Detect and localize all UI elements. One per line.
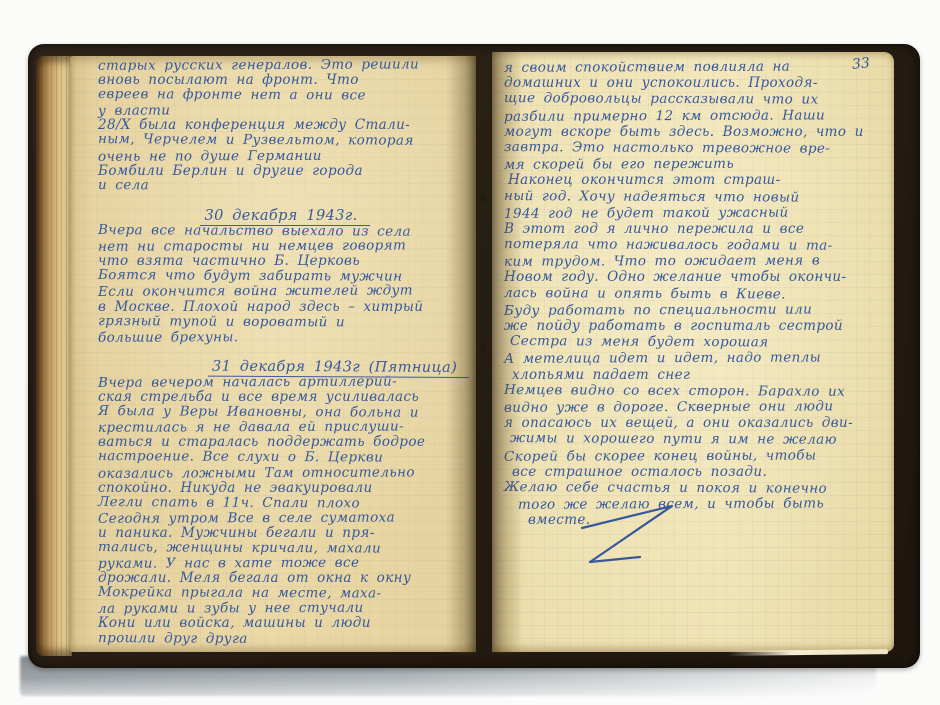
handwriting-line: ным, Черчелем и Рузвельтом, которая (98, 132, 472, 149)
binding-stitch (481, 194, 485, 202)
handwriting-line: руками. У нас в хате тоже все (98, 555, 472, 572)
handwriting-line: грязный тупой и вороватый и (98, 314, 472, 331)
handwriting-line: же пойду работать в госпиталь сестрой (504, 318, 886, 334)
handwriting-line: Новом году. Одно желание чтобы окончи- (504, 269, 886, 285)
handwriting-line: Немцев видно со всех сторон. Барахло их (504, 382, 886, 400)
right-page-text: я своим спокойствием повлияла надомашних… (504, 59, 886, 528)
handwriting-line: настроение. Все слухи о Б. Церкви (98, 449, 472, 466)
handwriting-line: большие брехуны. (98, 329, 472, 346)
handwriting-line: завтра. Это настолько тревожное вре- (504, 139, 886, 157)
handwriting-line: Наконец окончится этот страш- (504, 172, 886, 188)
handwriting-line: лась война и опять быть в Киеве. (504, 285, 886, 303)
handwriting-line: мя скорей бы его пережить (504, 155, 886, 173)
handwriting-line: очень не по душе Германии (98, 148, 472, 165)
gutter-shadow (446, 54, 476, 654)
handwriting-line: могут вскоре быть здесь. Возможно, что и (504, 124, 886, 140)
left-page-text: старых русских генералов. Это решиливнов… (98, 58, 472, 647)
binding-stitch (481, 494, 485, 502)
handwriting-line: нет ни старосты ни немцев говорят (98, 238, 472, 255)
handwriting-line: ким трудом. Что то ожидает меня в (504, 252, 886, 270)
handwriting-line: крестилась я не давала ей прислуши- (98, 419, 472, 436)
handwriting-line: Бомбили Берлин и другие города (98, 164, 472, 179)
page-edge-sliver (728, 649, 888, 656)
end-flourish-mark (576, 500, 716, 572)
binding-stitch (481, 604, 485, 612)
handwriting-line: Вчера вечером началась артиллерий- (98, 374, 472, 391)
handwriting-line: Скорей бы скорее конец войны, чтобы (504, 447, 886, 465)
handwriting-line: старых русских генералов. Это решили (98, 57, 472, 74)
handwriting-line: видно уже в дороге. Скверные они люди (504, 398, 886, 416)
handwriting-line (98, 193, 472, 210)
handwriting-line: щие добровольцы рассказывали что их (504, 90, 886, 108)
handwriting-line: Если окончится война жителей ждут (98, 284, 472, 301)
binding-stitch (481, 344, 485, 352)
handwriting-line: прошли друг друга (98, 631, 472, 648)
handwriting-line: я опасаюсь их вещей, а они оказались дви… (504, 415, 886, 431)
handwriting-line: и села (98, 178, 472, 195)
page-stack-edge (36, 56, 72, 656)
handwriting-line: А метелица идет и идет, надо теплы (504, 350, 886, 368)
handwriting-line: все страшное осталось позади. (504, 464, 886, 480)
diary-scan: старых русских генералов. Это решиливнов… (0, 0, 940, 705)
handwriting-line: разбили примерно 12 км отсюда. Наши (504, 107, 886, 125)
handwriting-line: жимы и хорошего пути я им не желаю (504, 430, 886, 448)
handwriting-line: Кони или войска, машины и люди (98, 616, 472, 631)
handwriting-line: ный год. Хочу надеяться что новый (504, 188, 886, 206)
gutter-shadow (492, 52, 522, 654)
handwriting-line: В этот год я лично пережила и все (504, 221, 886, 237)
handwriting-line: домашних и они успокоились. Проходя- (504, 75, 886, 91)
handwriting-line: Сегодня утром Все в селе суматоха (98, 510, 472, 527)
right-page: 33 я своим спокойствием повлияла надомаш… (492, 52, 894, 652)
handwriting-line: оказались ложными Там относительно (98, 465, 472, 482)
handwriting-line: Буду работать по специальности или (504, 301, 886, 319)
handwriting-line: ла руками и зубы у нее стучали (98, 601, 472, 618)
left-page: старых русских генералов. Это решиливнов… (70, 56, 476, 652)
book-cover: старых русских генералов. Это решиливнов… (28, 44, 920, 668)
handwriting-line: хлопьями падает снег (504, 367, 886, 383)
handwriting-line (98, 345, 472, 360)
handwriting-line: Желаю себе счастья и покоя и конечно (504, 479, 886, 497)
handwriting-line: у власти (98, 102, 472, 119)
handwriting-line: я своим спокойствием повлияла на (504, 58, 886, 76)
handwriting-line: 1944 год не будет такой ужасный (504, 204, 886, 222)
